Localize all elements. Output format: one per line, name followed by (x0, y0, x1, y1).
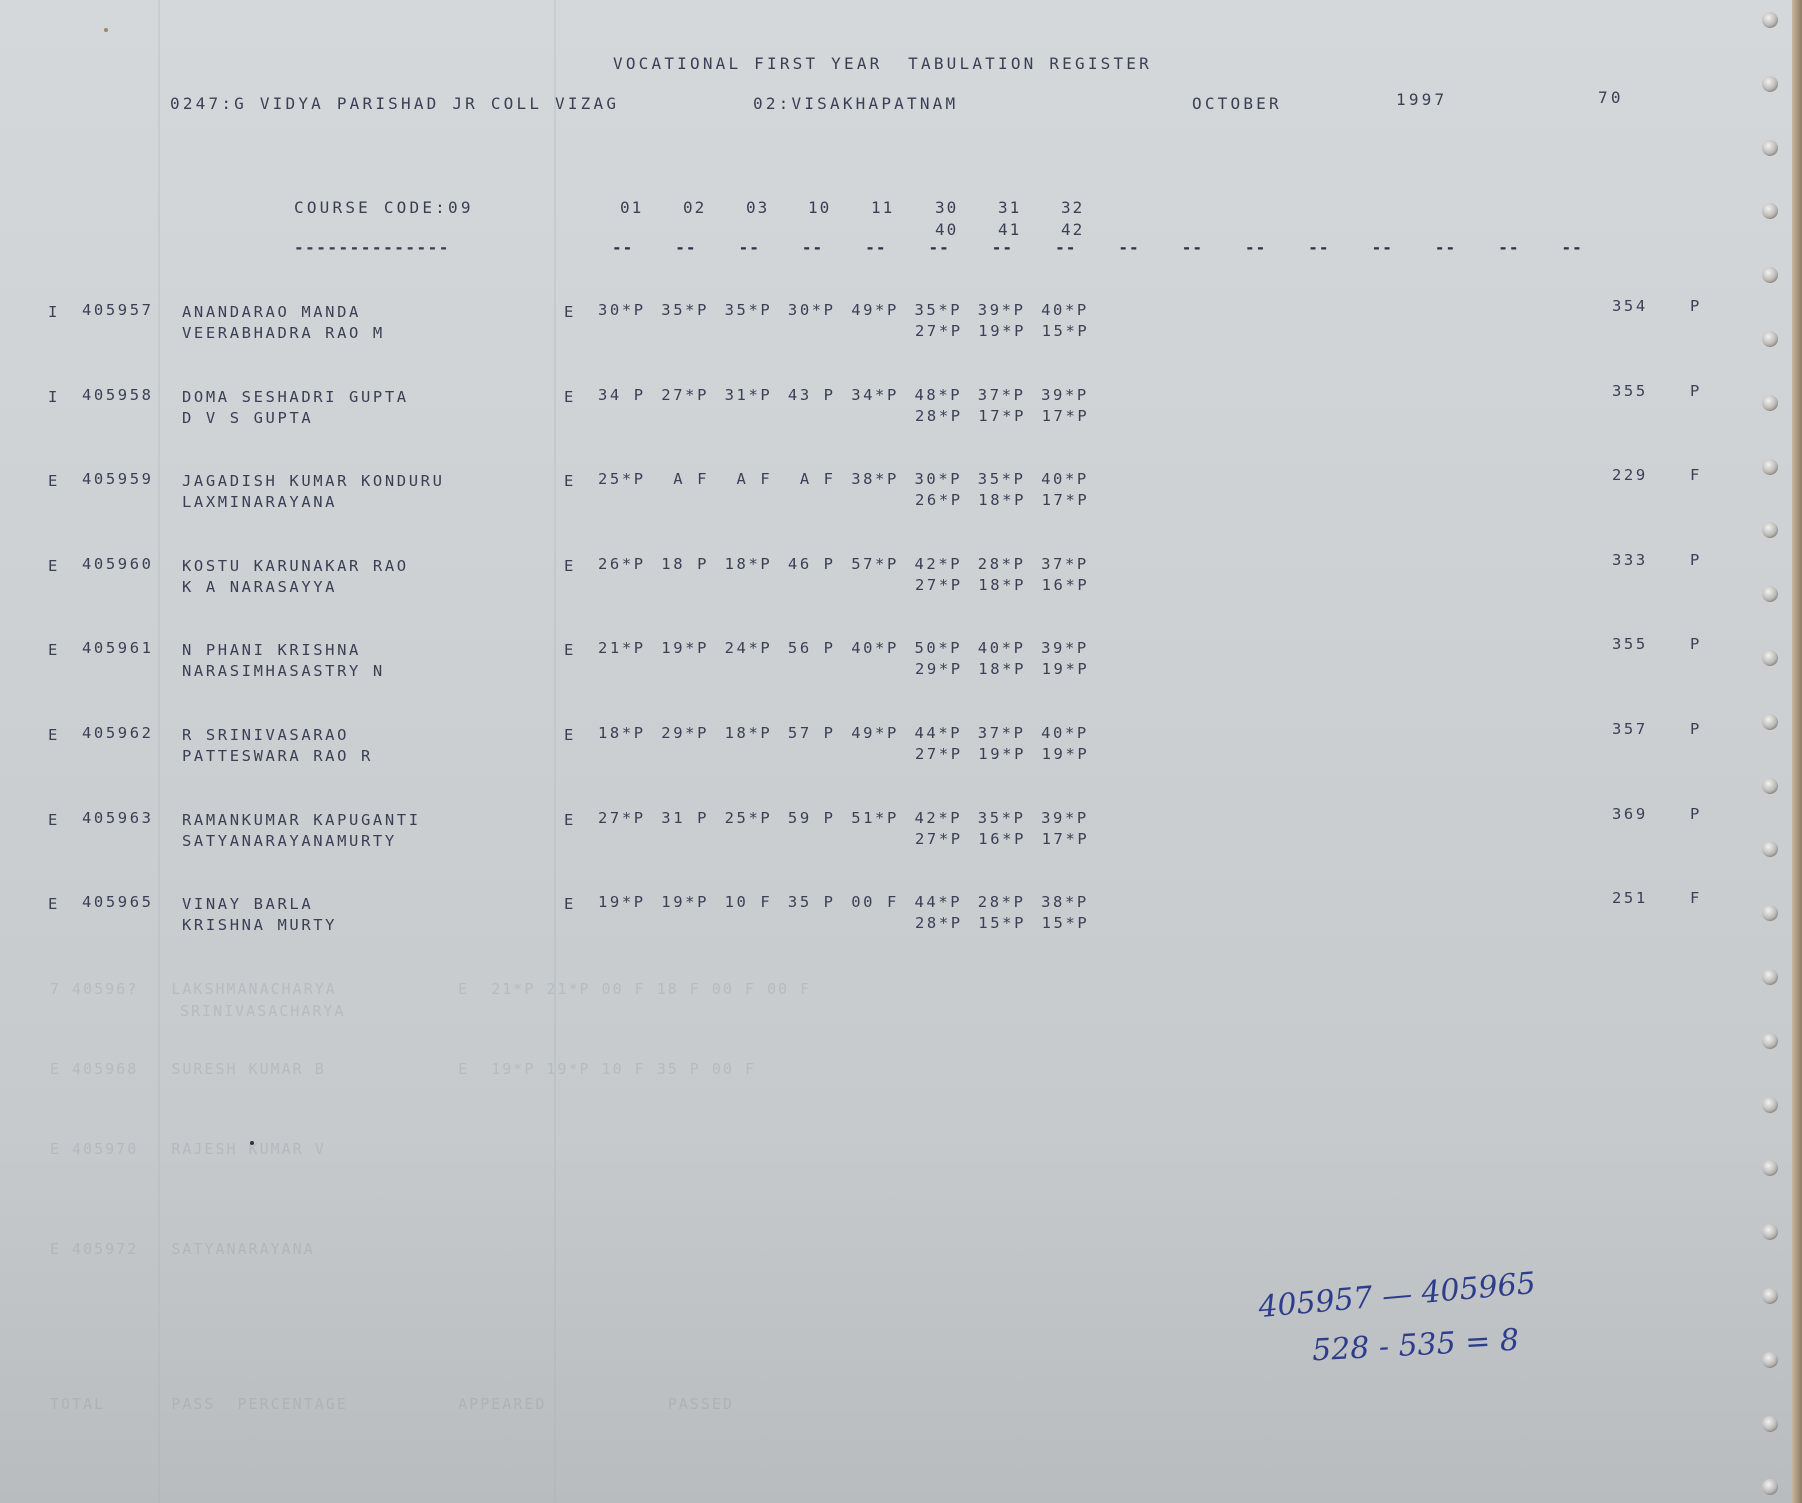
subject-mark: 39*P (1041, 639, 1089, 657)
feed-hole (1762, 203, 1778, 219)
subject-mark-secondary: 28*P (915, 914, 963, 932)
candidate-category: E (48, 895, 60, 913)
feed-hole (1762, 1416, 1778, 1432)
hall-ticket-number: 405960 (82, 555, 154, 573)
subject-mark-secondary: 16*P (1042, 576, 1090, 594)
candidate-category: E (48, 641, 60, 659)
father-name: K A NARASAYYA (182, 578, 337, 596)
student-record: E405959JAGADISH KUMAR KONDURULAXMINARAYA… (0, 472, 1802, 532)
result-status: P (1690, 297, 1702, 315)
total-marks: 333 (1612, 551, 1648, 569)
feed-hole (1762, 714, 1778, 730)
column-underline: -- (1182, 238, 1203, 257)
subject-mark-secondary: 26*P (915, 491, 963, 509)
student-record: E405960KOSTU KARUNAKAR RAOK A NARASAYYAE… (0, 557, 1802, 617)
column-underline: -- (739, 238, 760, 257)
subject-code-header: 30 (935, 198, 958, 217)
feed-hole (1762, 1288, 1778, 1304)
subject-mark: 48*P (915, 386, 963, 404)
candidate-name: R SRINIVASARAO (182, 726, 349, 744)
father-name: VEERABHADRA RAO M (182, 324, 385, 342)
subject-mark: 40*P (1041, 301, 1089, 319)
candidate-name: DOMA SESHADRI GUPTA (182, 388, 409, 406)
father-name: SATYANARAYANAMURTY (182, 832, 397, 850)
feed-hole (1762, 969, 1778, 985)
subject-mark: 38*P (1041, 893, 1089, 911)
column-underline: -- (1245, 238, 1266, 257)
ink-speck (104, 28, 108, 32)
subject-mark-secondary: 17*P (1042, 407, 1090, 425)
document-title: VOCATIONAL FIRST YEAR TABULATION REGISTE… (613, 54, 1152, 74)
result-status: P (1690, 551, 1702, 569)
subject-mark: 31*P (725, 386, 773, 404)
subject-mark: 42*P (915, 809, 963, 827)
candidate-name: KOSTU KARUNAKAR RAO (182, 557, 409, 575)
subject-code-header-secondary: 41 (998, 220, 1021, 239)
total-marks: 369 (1612, 805, 1648, 823)
feed-hole (1762, 76, 1778, 92)
exam-month: OCTOBER (1192, 94, 1282, 114)
subject-code-header: 03 (746, 198, 769, 217)
feed-hole (1762, 140, 1778, 156)
candidate-name: N PHANI KRISHNA (182, 641, 361, 659)
subject-mark: A F (661, 470, 709, 488)
column-underline: -- (865, 238, 886, 257)
tabulation-register-sheet: VOCATIONAL FIRST YEAR TABULATION REGISTE… (0, 0, 1802, 1503)
student-record: E405965VINAY BARLAKRISHNA MURTYE19*P19*P… (0, 895, 1802, 955)
subject-mark: 37*P (978, 724, 1026, 742)
result-status: P (1690, 720, 1702, 738)
column-underline: -- (992, 238, 1013, 257)
hall-ticket-number: 405957 (82, 301, 154, 319)
ink-speck (250, 1141, 254, 1145)
candidate-name: JAGADISH KUMAR KONDURU (182, 472, 445, 490)
column-underline: -- (929, 238, 950, 257)
subject-code-header: 11 (871, 198, 894, 217)
feed-hole (1762, 522, 1778, 538)
total-marks: 229 (1612, 466, 1648, 484)
subject-mark-secondary: 17*P (978, 407, 1026, 425)
medium: E (564, 472, 576, 490)
handwritten-count: 528 - 535 = 8 (1311, 1323, 1520, 1369)
subject-mark-secondary: 29*P (915, 660, 963, 678)
subject-mark: 39*P (978, 301, 1026, 319)
paper-edge (1792, 0, 1802, 1503)
column-underline: -- (802, 238, 823, 257)
subject-mark: 31 P (661, 809, 709, 827)
subject-mark: 57*P (851, 555, 899, 573)
page-number: 70 (1598, 88, 1624, 108)
subject-mark: 26*P (598, 555, 646, 573)
subject-mark: 49*P (851, 724, 899, 742)
medium: E (564, 811, 576, 829)
subject-mark-secondary: 16*P (978, 830, 1026, 848)
subject-mark: 51*P (851, 809, 899, 827)
hall-ticket-number: 405959 (82, 470, 154, 488)
subject-mark: 25*P (725, 809, 773, 827)
subject-mark-secondary: 28*P (915, 407, 963, 425)
feed-hole (1762, 1160, 1778, 1176)
subject-mark: 57 P (788, 724, 836, 742)
subject-mark: 38*P (851, 470, 899, 488)
subject-mark: 35*P (915, 301, 963, 319)
subject-mark-secondary: 15*P (1042, 322, 1090, 340)
total-marks: 354 (1612, 297, 1648, 315)
column-underline: -- (612, 238, 633, 257)
subject-mark-secondary: 27*P (915, 322, 963, 340)
subject-code-header: 10 (808, 198, 831, 217)
subject-mark: 35*P (725, 301, 773, 319)
candidate-category: I (48, 303, 60, 321)
hall-ticket-number: 405963 (82, 809, 154, 827)
subject-mark-secondary: 18*P (978, 660, 1026, 678)
subject-mark: 56 P (788, 639, 836, 657)
subject-mark: 25*P (598, 470, 646, 488)
subject-mark-secondary: 18*P (978, 491, 1026, 509)
subject-mark: 19*P (661, 893, 709, 911)
subject-mark: 49*P (851, 301, 899, 319)
subject-mark: 44*P (915, 893, 963, 911)
subject-mark: 35 P (788, 893, 836, 911)
column-underline: -- (1055, 238, 1076, 257)
subject-mark: 21*P (598, 639, 646, 657)
subject-mark: 39*P (1041, 809, 1089, 827)
father-name: KRISHNA MURTY (182, 916, 337, 934)
subject-mark-secondary: 17*P (1042, 830, 1090, 848)
subject-mark: 42*P (915, 555, 963, 573)
feed-hole (1762, 395, 1778, 411)
hall-ticket-number: 405961 (82, 639, 154, 657)
subject-code-header: 02 (683, 198, 706, 217)
subject-mark-secondary: 27*P (915, 576, 963, 594)
total-marks: 355 (1612, 382, 1648, 400)
student-record: E405962R SRINIVASARAOPATTESWARA RAO RE18… (0, 726, 1802, 786)
subject-mark: 46 P (788, 555, 836, 573)
feed-hole (1762, 459, 1778, 475)
subject-mark-secondary: 19*P (978, 745, 1026, 763)
feed-hole (1762, 1033, 1778, 1049)
subject-mark: 59 P (788, 809, 836, 827)
result-status: F (1690, 466, 1702, 484)
total-marks: 357 (1612, 720, 1648, 738)
hall-ticket-number: 405958 (82, 386, 154, 404)
father-name: LAXMINARAYANA (182, 493, 337, 511)
feed-hole (1762, 267, 1778, 283)
candidate-category: E (48, 472, 60, 490)
feed-hole (1762, 331, 1778, 347)
column-underline: -- (1118, 238, 1139, 257)
subject-mark-secondary: 27*P (915, 745, 963, 763)
subject-code-header: 32 (1061, 198, 1084, 217)
medium: E (564, 895, 576, 913)
feed-hole (1762, 650, 1778, 666)
subject-mark: 34 P (598, 386, 646, 404)
hall-ticket-number: 405965 (82, 893, 154, 911)
candidate-name: VINAY BARLA (182, 895, 313, 913)
column-underline: -- (1435, 238, 1456, 257)
subject-mark: 28*P (978, 555, 1026, 573)
subject-mark: A F (725, 470, 773, 488)
candidate-category: E (48, 726, 60, 744)
column-underline: -- (675, 238, 696, 257)
district: 02:VISAKHAPATNAM (753, 94, 958, 114)
subject-code-header-secondary: 42 (1061, 220, 1084, 239)
subject-mark: 30*P (598, 301, 646, 319)
medium: E (564, 303, 576, 321)
subject-mark: 10 F (725, 893, 773, 911)
subject-mark: 18*P (725, 724, 773, 742)
feed-hole (1762, 1479, 1778, 1495)
subject-mark: 27*P (661, 386, 709, 404)
subject-mark: 37*P (1041, 555, 1089, 573)
student-record: I405957ANANDARAO MANDAVEERABHADRA RAO ME… (0, 303, 1802, 363)
result-status: F (1690, 889, 1702, 907)
subject-mark: 18 P (661, 555, 709, 573)
total-marks: 251 (1612, 889, 1648, 907)
subject-mark: 34*P (851, 386, 899, 404)
subject-mark: 40*P (851, 639, 899, 657)
subject-mark: 50*P (915, 639, 963, 657)
student-record: E405961N PHANI KRISHNANARASIMHASASTRY NE… (0, 641, 1802, 701)
subject-mark: 27*P (598, 809, 646, 827)
subject-mark: 44*P (915, 724, 963, 742)
feed-hole (1762, 1224, 1778, 1240)
subject-mark-secondary: 19*P (978, 322, 1026, 340)
subject-code-header: 31 (998, 198, 1021, 217)
candidate-category: E (48, 811, 60, 829)
subject-mark: 19*P (661, 639, 709, 657)
column-underline: -- (1372, 238, 1393, 257)
subject-mark: 35*P (661, 301, 709, 319)
feed-hole (1762, 1097, 1778, 1113)
subject-code-header: 01 (620, 198, 643, 217)
candidate-name: ANANDARAO MANDA (182, 303, 361, 321)
medium: E (564, 557, 576, 575)
father-name: D V S GUPTA (182, 409, 313, 427)
column-underline: -- (1562, 238, 1583, 257)
course-code-label: COURSE CODE:09 (294, 198, 474, 218)
result-status: P (1690, 382, 1702, 400)
medium: E (564, 641, 576, 659)
subject-mark: 40*P (978, 639, 1026, 657)
course-code-underline: -------------- (294, 238, 450, 258)
subject-mark-secondary: 19*P (1042, 745, 1090, 763)
subject-mark: 30*P (788, 301, 836, 319)
candidate-category: I (48, 388, 60, 406)
subject-mark-secondary: 27*P (915, 830, 963, 848)
column-underline: -- (1308, 238, 1329, 257)
result-status: P (1690, 635, 1702, 653)
subject-mark: 40*P (1041, 724, 1089, 742)
candidate-category: E (48, 557, 60, 575)
subject-mark: 37*P (978, 386, 1026, 404)
feed-hole (1762, 12, 1778, 28)
subject-mark: 18*P (598, 724, 646, 742)
subject-mark-secondary: 18*P (978, 576, 1026, 594)
medium: E (564, 726, 576, 744)
medium: E (564, 388, 576, 406)
candidate-name: RAMANKUMAR KAPUGANTI (182, 811, 421, 829)
subject-mark: 35*P (978, 470, 1026, 488)
subject-mark: 30*P (915, 470, 963, 488)
total-marks: 355 (1612, 635, 1648, 653)
feed-hole (1762, 778, 1778, 794)
subject-mark: 28*P (978, 893, 1026, 911)
subject-mark: 18*P (725, 555, 773, 573)
subject-mark: 39*P (1041, 386, 1089, 404)
exam-year: 1997 (1396, 90, 1447, 110)
subject-mark-secondary: 17*P (1042, 491, 1090, 509)
college-name: 0247:G VIDYA PARISHAD JR COLL VIZAG (170, 94, 619, 114)
father-name: NARASIMHASASTRY N (182, 662, 385, 680)
subject-mark: 29*P (661, 724, 709, 742)
column-underline: -- (1498, 238, 1519, 257)
subject-mark: 40*P (1041, 470, 1089, 488)
feed-hole (1762, 1352, 1778, 1368)
subject-mark: 19*P (598, 893, 646, 911)
result-status: P (1690, 805, 1702, 823)
subject-mark: 35*P (978, 809, 1026, 827)
subject-mark-secondary: 15*P (978, 914, 1026, 932)
hall-ticket-number: 405962 (82, 724, 154, 742)
subject-mark: 24*P (725, 639, 773, 657)
subject-mark: 43 P (788, 386, 836, 404)
subject-mark: A F (788, 470, 836, 488)
subject-mark: 00 F (851, 893, 899, 911)
father-name: PATTESWARA RAO R (182, 747, 373, 765)
subject-code-header-secondary: 40 (935, 220, 958, 239)
subject-mark-secondary: 15*P (1042, 914, 1090, 932)
handwritten-range: 405957 — 405965 (1257, 1266, 1537, 1325)
student-record: E405963RAMANKUMAR KAPUGANTISATYANARAYANA… (0, 811, 1802, 871)
student-record: I405958DOMA SESHADRI GUPTAD V S GUPTAE34… (0, 388, 1802, 448)
subject-mark-secondary: 19*P (1042, 660, 1090, 678)
